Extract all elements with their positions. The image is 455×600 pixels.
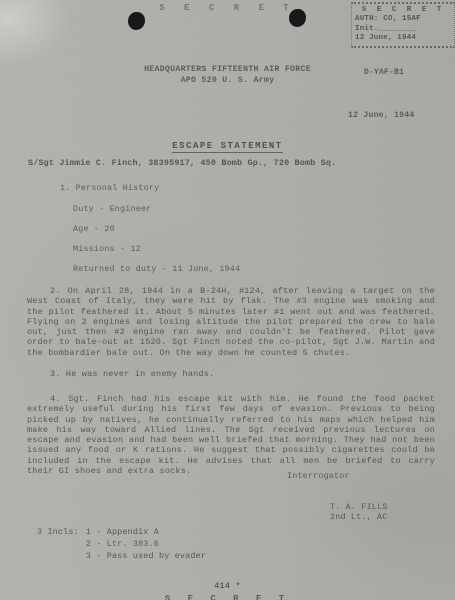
document-date: 12 June, 1944: [348, 111, 414, 120]
enclosures-label: 3 Incls:: [37, 526, 79, 562]
stamp-auth: AUTH: CO, 15AF: [355, 15, 451, 24]
file-reference: D-YAF-B1: [364, 68, 404, 77]
personal-history-missions: Missions - 12: [73, 244, 141, 254]
personal-history-age: Age - 20: [73, 224, 115, 234]
document-title: ESCAPE STATEMENT: [0, 141, 455, 151]
paragraph-2: 2. On April 28, 1944 in a B-24H, #124, a…: [27, 286, 435, 358]
signature-rank: 2nd Lt., AC: [330, 512, 387, 522]
scanned-document-page: S E C R E T S E C R E T AUTH: CO, 15AF I…: [0, 0, 455, 600]
enclosures-list: 1 - Appendix A 2 - Ltr. 383.6 3 - Pass u…: [86, 526, 206, 562]
signature-name: T. A. FILLS: [330, 502, 387, 512]
personal-history-duty: Duty - Engineer: [73, 204, 151, 214]
enclosure-item-2: 2 - Ltr. 383.6: [86, 538, 206, 550]
hole-punch-right: [289, 9, 306, 27]
enclosure-item-1: 1 - Appendix A: [86, 526, 206, 538]
hole-punch-left: [128, 12, 145, 30]
signature-block: T. A. FILLS 2nd Lt., AC: [330, 502, 387, 522]
subject-line: S/Sgt Jimmie C. Finch, 38395917, 450 Bom…: [28, 158, 336, 168]
classification-footer: S E C R E T: [0, 594, 455, 600]
stamp-secret: S E C R E T: [355, 6, 451, 15]
enclosures-block: 3 Incls: 1 - Appendix A 2 - Ltr. 383.6 3…: [37, 526, 206, 562]
paragraph-4: 4. Sgt. Finch had his escape kit with hi…: [27, 394, 435, 476]
stamp-init: Init.________: [355, 25, 451, 34]
stamp-date: 12 June, 1944: [355, 34, 451, 43]
classification-stamp: S E C R E T AUTH: CO, 15AF Init.________…: [351, 2, 455, 48]
personal-history-heading: 1. Personal History: [60, 183, 159, 193]
page-mark: 414 *: [0, 581, 455, 591]
interrogator-label: Interrogator: [287, 471, 350, 481]
document-title-text: ESCAPE STATEMENT: [172, 141, 282, 153]
enclosure-item-3: 3 - Pass used by evader: [86, 550, 206, 562]
paragraph-3: 3. He was never in enemy hands.: [27, 369, 435, 379]
letterhead-address: APO 520 U. S. Army: [0, 76, 455, 87]
personal-history-returned: Returned to duty - 11 June, 1944: [73, 264, 240, 274]
